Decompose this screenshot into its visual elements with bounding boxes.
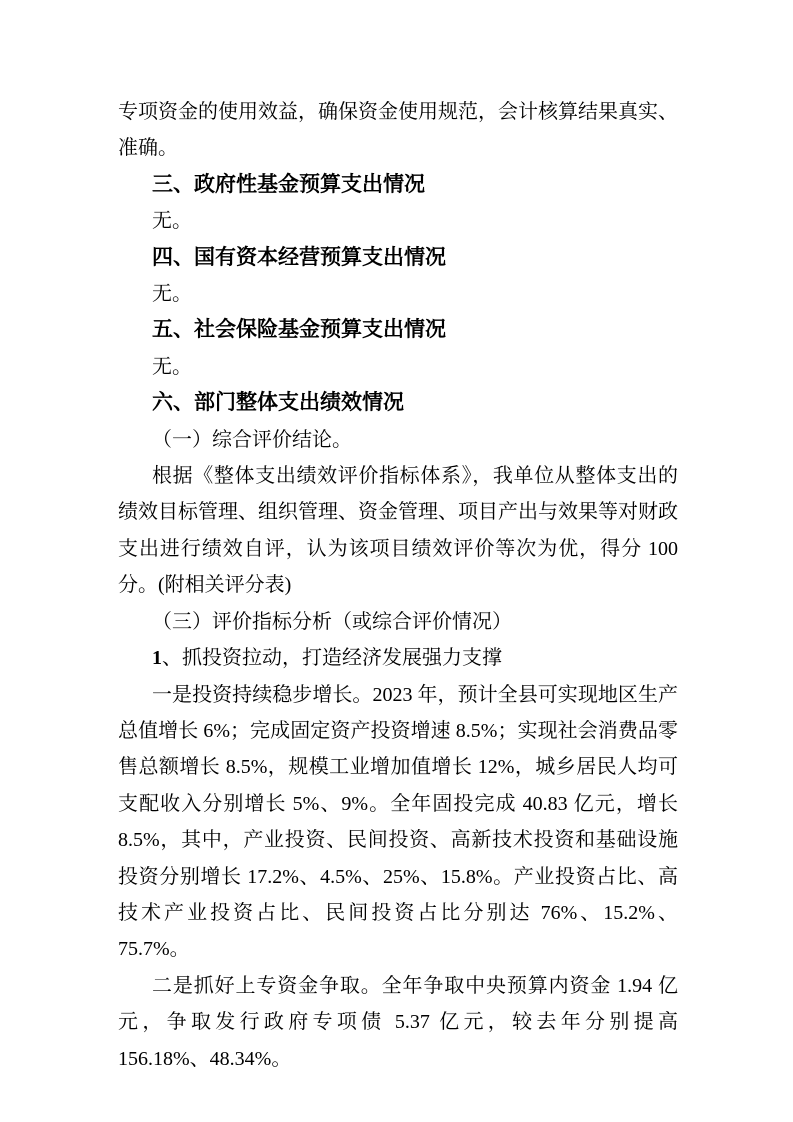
point-1-text: 、抓投资拉动，打造经济发展强力支撑 — [162, 647, 502, 669]
paragraph-none-1: 无。 — [118, 203, 678, 239]
document-page: 专项资金的使用效益，确保资金使用规范，会计核算结果真实、准确。 三、政府性基金预… — [0, 0, 793, 1122]
paragraph-none-2: 无。 — [118, 276, 678, 312]
heading-section-3-gov-fund-budget: 三、政府性基金预算支出情况 — [118, 167, 678, 203]
paragraph-subsection-1-conclusion-title: （一）综合评价结论。 — [118, 422, 678, 458]
paragraph-subsection-3-indicator-analysis-title: （三）评价指标分析（或综合评价情况） — [118, 604, 678, 640]
paragraph-investment-growth-stats: 一是投资持续稳步增长。2023 年，预计全县可实现地区生产总值增长 6%；完成固… — [118, 677, 678, 968]
heading-section-5-social-insurance-budget: 五、社会保险基金预算支出情况 — [118, 312, 678, 348]
document-body: 专项资金的使用效益，确保资金使用规范，会计核算结果真实、准确。 三、政府性基金预… — [118, 94, 678, 1077]
paragraph-audit-continuation: 专项资金的使用效益，确保资金使用规范，会计核算结果真实、准确。 — [118, 94, 678, 167]
paragraph-fund-acquisition-stats: 二是抓好上专资金争取。全年争取中央预算内资金 1.94 亿元，争取发行政府专项债… — [118, 968, 678, 1077]
paragraph-overall-evaluation-conclusion: 根据《整体支出绩效评价指标体系》，我单位从整体支出的绩效目标管理、组织管理、资金… — [118, 458, 678, 604]
paragraph-none-3: 无。 — [118, 349, 678, 385]
heading-section-4-state-capital-budget: 四、国有资本经营预算支出情况 — [118, 240, 678, 276]
heading-section-6-overall-expenditure-performance: 六、部门整体支出绩效情况 — [118, 385, 678, 421]
paragraph-point-1-investment: 1、抓投资拉动，打造经济发展强力支撑 — [118, 640, 678, 676]
point-1-number: 1 — [152, 647, 162, 669]
